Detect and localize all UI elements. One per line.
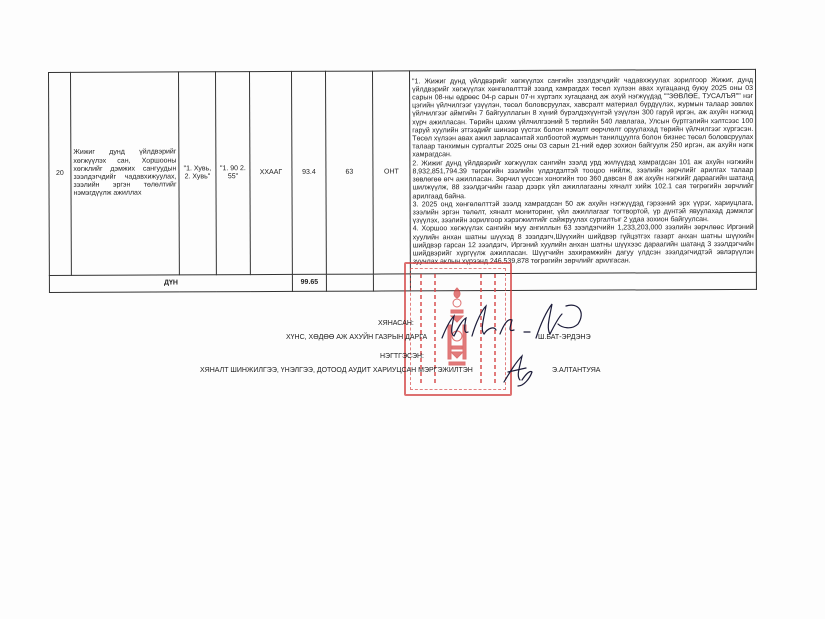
reviewed-title: ХҮНС, ХӨДӨӨ АЖ АХУЙН ГАЗРЫН ДАРГА [286, 334, 427, 341]
verified-title: ХЯНАЛТ ШИНЖИЛГЭЭ, ҮНЭЛГЭЭ, ДОТООД АУДИТ … [200, 367, 473, 374]
percentages: "1. 90 2. 55" [216, 72, 251, 275]
reviewed-heading: ХЯНАСАН: [378, 320, 414, 327]
scanned-document-page: 20 Жижиг дунд үйлдвэрийг хөгжүүлэх сан, … [0, 0, 825, 619]
rating: ОНТ [372, 71, 410, 274]
table-row: 20 Жижиг дунд үйлдвэрийг хөгжүүлэх сан, … [49, 69, 757, 275]
verifier-signature-icon [500, 352, 536, 388]
evaluator-units: "1. Хувь, 2. Хувь" [179, 72, 217, 275]
weight: 63 [325, 71, 373, 274]
report-paragraph-3: 3. 2025 онд хөнгөлөлттэй зээлд хамрагдса… [413, 200, 754, 226]
report-paragraph-4: 4. Хоршоо хөгжүүлэх сангийн муу ангиллын… [413, 224, 754, 267]
total-score: 99.65 [292, 274, 326, 291]
score: 93.4 [291, 71, 326, 274]
report-paragraph-2: 2. Жижиг дунд үйлдвэрийг хөгжүүлэх санги… [412, 159, 753, 202]
performance-report-table: 20 Жижиг дунд үйлдвэрийг хөгжүүлэх сан, … [48, 69, 757, 293]
implementation-report: "1. Жижиг дунд үйлдвэрийг хөгжүүлэх санг… [409, 69, 756, 274]
reviewer-signature-icon [438, 298, 588, 348]
total-empty-1 [326, 274, 373, 291]
report-paragraph-1: "1. Жижиг дунд үйлдвэрийг хөгжүүлэх санг… [412, 77, 753, 161]
goal-description: Жижиг дунд үйлдвэрийг хөгжүүлэх сан, Хор… [71, 72, 180, 275]
total-label: ДҮН [49, 274, 292, 292]
row-number: 20 [49, 72, 72, 275]
department: ХХААГ [250, 71, 293, 274]
verified-name: Э.АЛТАНТУЯА [552, 367, 600, 374]
total-row: ДҮН 99.65 [49, 272, 756, 292]
verified-heading: НЭГТГЭСЭН: [380, 353, 424, 360]
